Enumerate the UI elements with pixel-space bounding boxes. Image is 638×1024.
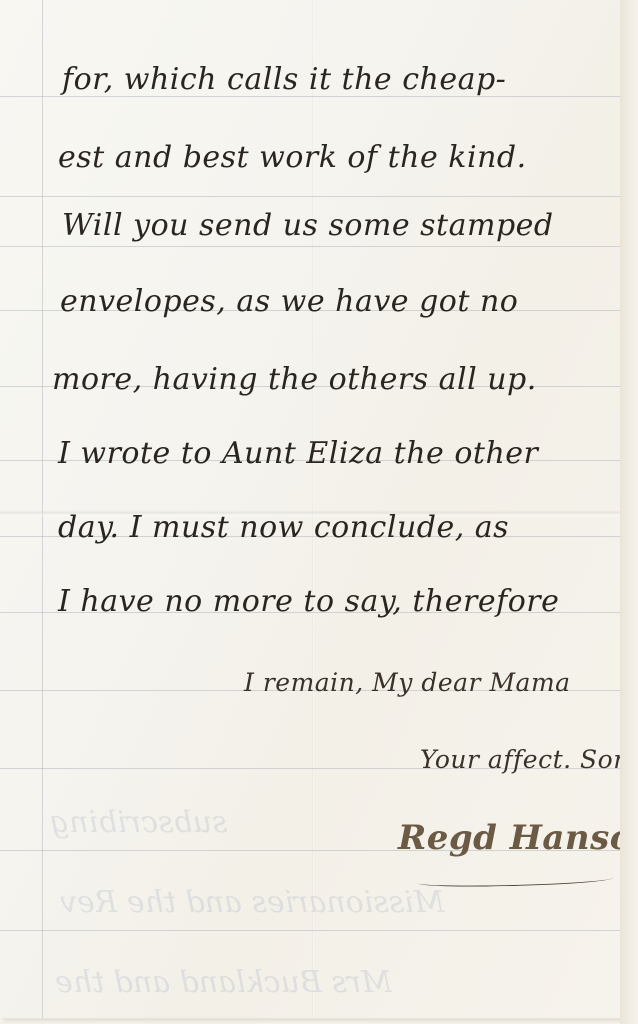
letter-line: envelopes, as we have got no (60, 284, 518, 319)
signature: Regd Hanson (398, 818, 620, 858)
ruled-line (0, 930, 620, 931)
show-through-text: Mrs Buckland and the (55, 965, 392, 1000)
letter-page: subscribing Missionaries and the Rev Mrs… (0, 0, 620, 1018)
letter-line: more, having the others all up. (52, 362, 537, 397)
closing-affect: Your affect. Son (420, 745, 620, 774)
signature-flourish (418, 873, 613, 887)
letter-line: for, which calls it the cheap- (62, 62, 506, 97)
letter-line: day. I must now conclude, as (58, 510, 509, 545)
ruled-line (0, 196, 620, 197)
letter-line: Will you send us some stamped (62, 208, 554, 243)
closing-remain: I remain, My dear Mama (244, 668, 571, 697)
margin-line (42, 0, 43, 1018)
show-through-text: Missionaries and the Rev (60, 885, 445, 920)
letter-line: I have no more to say, therefore (58, 584, 559, 619)
paper-edge (620, 0, 638, 1024)
letter-line: est and best work of the kind. (58, 140, 527, 175)
letter-line: I wrote to Aunt Eliza the other (58, 436, 538, 471)
show-through-text: subscribing (50, 805, 227, 840)
ruled-line (0, 246, 620, 247)
